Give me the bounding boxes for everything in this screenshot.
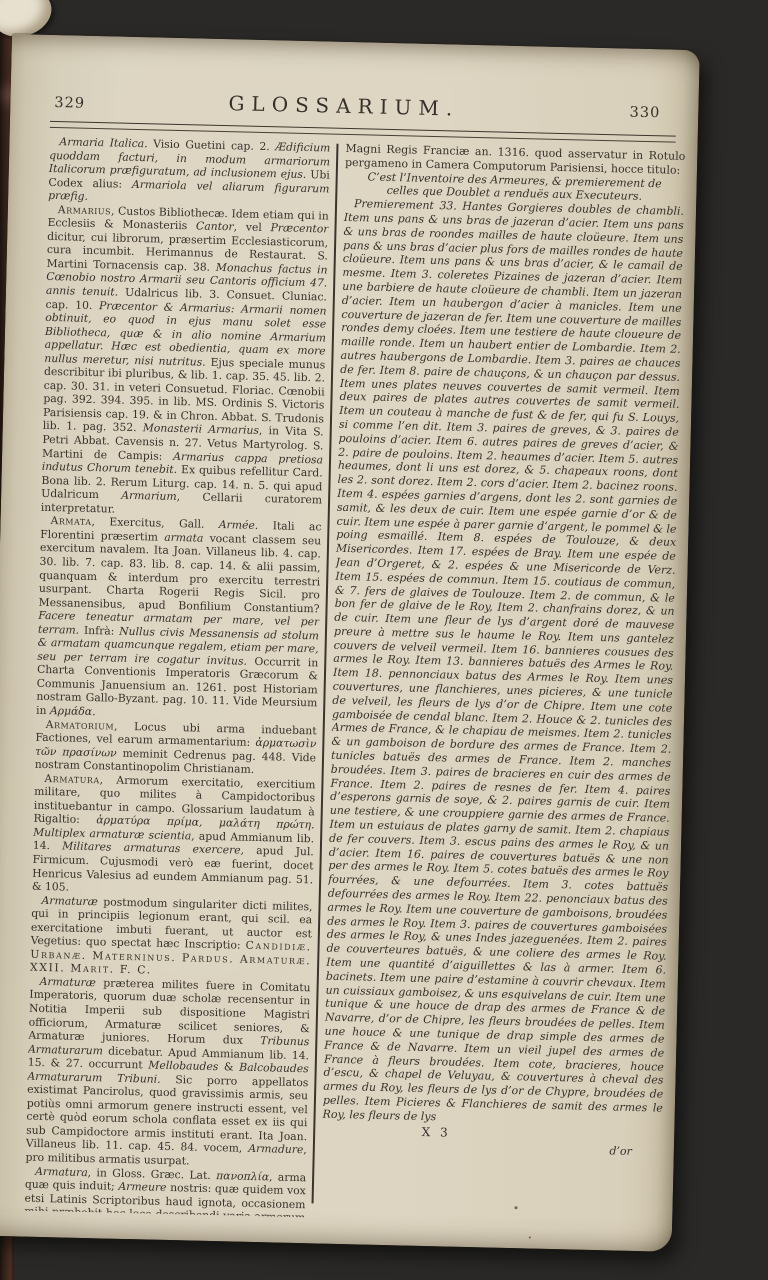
foxing-dot bbox=[514, 1206, 517, 1209]
entry-armaturae-comitatu: Armaturæ præterea milites fuere in Comit… bbox=[25, 975, 310, 1171]
book-page: 329 GLOSSARIUM. 330 Armaria Italica. Vis… bbox=[0, 34, 700, 1252]
right-column-text: Magni Regis Franciæ an. 1316. quod asser… bbox=[322, 142, 685, 1129]
entry-armatura: Armatura, Armorum exercitatio, exercitiu… bbox=[32, 771, 316, 900]
entry-armaria-italica: Armaria Italica. Visio Guetini cap. 2. Æ… bbox=[48, 135, 331, 209]
right-column: Magni Regis Franciæ an. 1316. quod asser… bbox=[320, 142, 687, 1226]
entry-armaturae-milites: Armaturæ postmodum singulariter dicti mi… bbox=[30, 893, 313, 981]
left-column: Armaria Italica. Visio Guetini cap. 2. Æ… bbox=[24, 135, 330, 1217]
entry-armata: Armata, Exercitus, Gall. Armée. Itali ac… bbox=[36, 514, 322, 724]
entry-armatura-gloss: Armatura, in Gloss. Græc. Lat. πανοπλία,… bbox=[24, 1164, 306, 1217]
inventory-list: Premierement 33. Hantes Gorgieres double… bbox=[322, 197, 684, 1129]
folio-left: 329 bbox=[54, 95, 85, 112]
entry-armatorium: Armatorium, Locus ubi arma induebant Fac… bbox=[35, 717, 317, 778]
photo-background: 329 GLOSSARIUM. 330 Armaria Italica. Vis… bbox=[0, 0, 768, 1280]
folio-right: 330 bbox=[629, 105, 660, 122]
text-columns: Armaria Italica. Visio Guetini cap. 2. Æ… bbox=[24, 135, 687, 1226]
page-title: GLOSSARIUM. bbox=[228, 91, 459, 120]
entry-armarius: Armarius, Custos Bibliothecæ. Idem etiam… bbox=[41, 203, 329, 521]
footer-line: X 3 d’or bbox=[322, 1123, 663, 1160]
catchword: d’or bbox=[322, 1138, 662, 1160]
foxing-dot bbox=[529, 1237, 531, 1239]
